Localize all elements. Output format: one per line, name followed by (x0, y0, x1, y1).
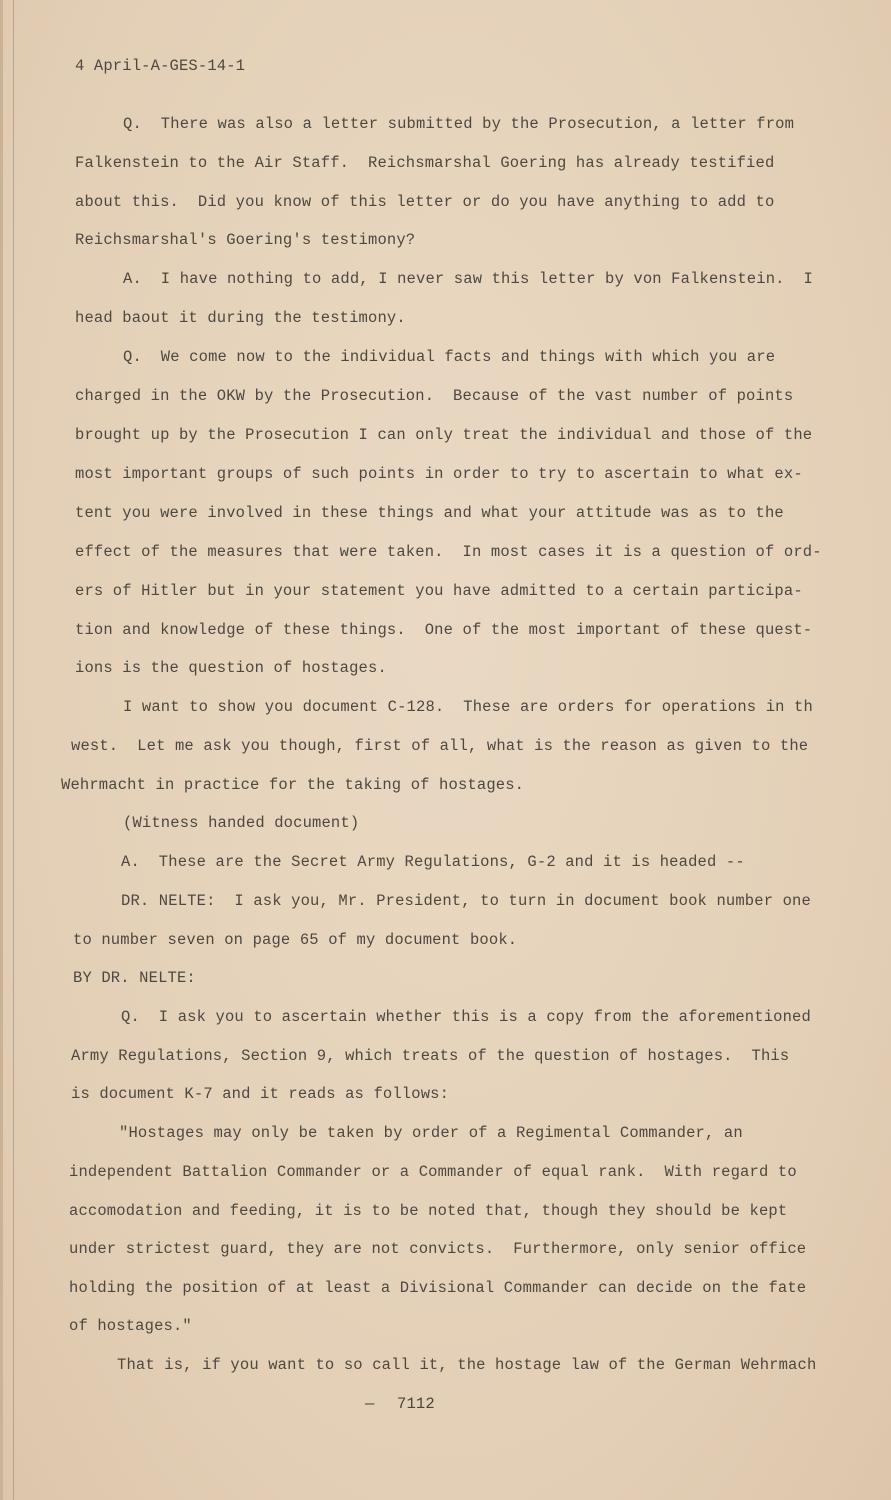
text-line: BY DR. NELTE: (73, 968, 196, 988)
text-line: effect of the measures that were taken. … (75, 542, 822, 562)
text-line: A. I have nothing to add, I never saw th… (123, 269, 813, 289)
text-line: accomodation and feeding, it is to be no… (69, 1201, 787, 1221)
text-line: independent Battalion Commander or a Com… (69, 1162, 797, 1182)
text-line: under strictest guard, they are not conv… (69, 1239, 806, 1259)
page-number: 7112 (397, 1394, 435, 1414)
text-line: west. Let me ask you though, first of al… (71, 736, 808, 756)
text-line: to number seven on page 65 of my documen… (73, 930, 517, 950)
text-line: Falkenstein to the Air Staff. Reichsmars… (75, 153, 774, 173)
text-line: Army Regulations, Section 9, which treat… (71, 1046, 789, 1066)
text-line: Q. I ask you to ascertain whether this i… (121, 1007, 811, 1027)
text-line: about this. Did you know of this letter … (75, 192, 774, 212)
text-line: Q. There was also a letter submitted by … (123, 114, 794, 134)
text-line: tion and knowledge of these things. One … (75, 620, 812, 640)
text-line: (Witness handed document) (123, 813, 359, 833)
text-line: That is, if you want to so call it, the … (117, 1355, 816, 1375)
text-line: brought up by the Prosecution I can only… (75, 425, 812, 445)
document-page: 4 April-A-GES-14-1 Q. There was also a l… (0, 0, 891, 1500)
text-line: is document K-7 and it reads as follows: (71, 1084, 449, 1104)
document-header: 4 April-A-GES-14-1 (75, 56, 245, 76)
text-line: ers of Hitler but in your statement you … (75, 581, 803, 601)
text-line: DR. NELTE: I ask you, Mr. President, to … (121, 891, 811, 911)
text-line: holding the position of at least a Divis… (69, 1278, 806, 1298)
text-line: I want to show you document C-128. These… (123, 697, 813, 717)
text-line: Wehrmacht in practice for the taking of … (61, 775, 524, 795)
text-line: Reichsmarshal's Goering's testimony? (75, 230, 415, 250)
text-line: most important groups of such points in … (75, 464, 803, 484)
text-line: A. These are the Secret Army Regulations… (121, 852, 745, 872)
text-line: charged in the OKW by the Prosecution. B… (75, 386, 793, 406)
text-line: head baout it during the testimony. (75, 308, 406, 328)
page-number-dash: — (365, 1394, 374, 1414)
page-edge-crease (13, 0, 14, 1500)
text-line: ions is the question of hostages. (75, 658, 387, 678)
text-line: Q. We come now to the individual facts a… (123, 347, 775, 367)
text-line: "Hostages may only be taken by order of … (119, 1123, 743, 1143)
text-line: of hostages." (69, 1316, 192, 1336)
text-line: tent you were involved in these things a… (75, 503, 784, 523)
